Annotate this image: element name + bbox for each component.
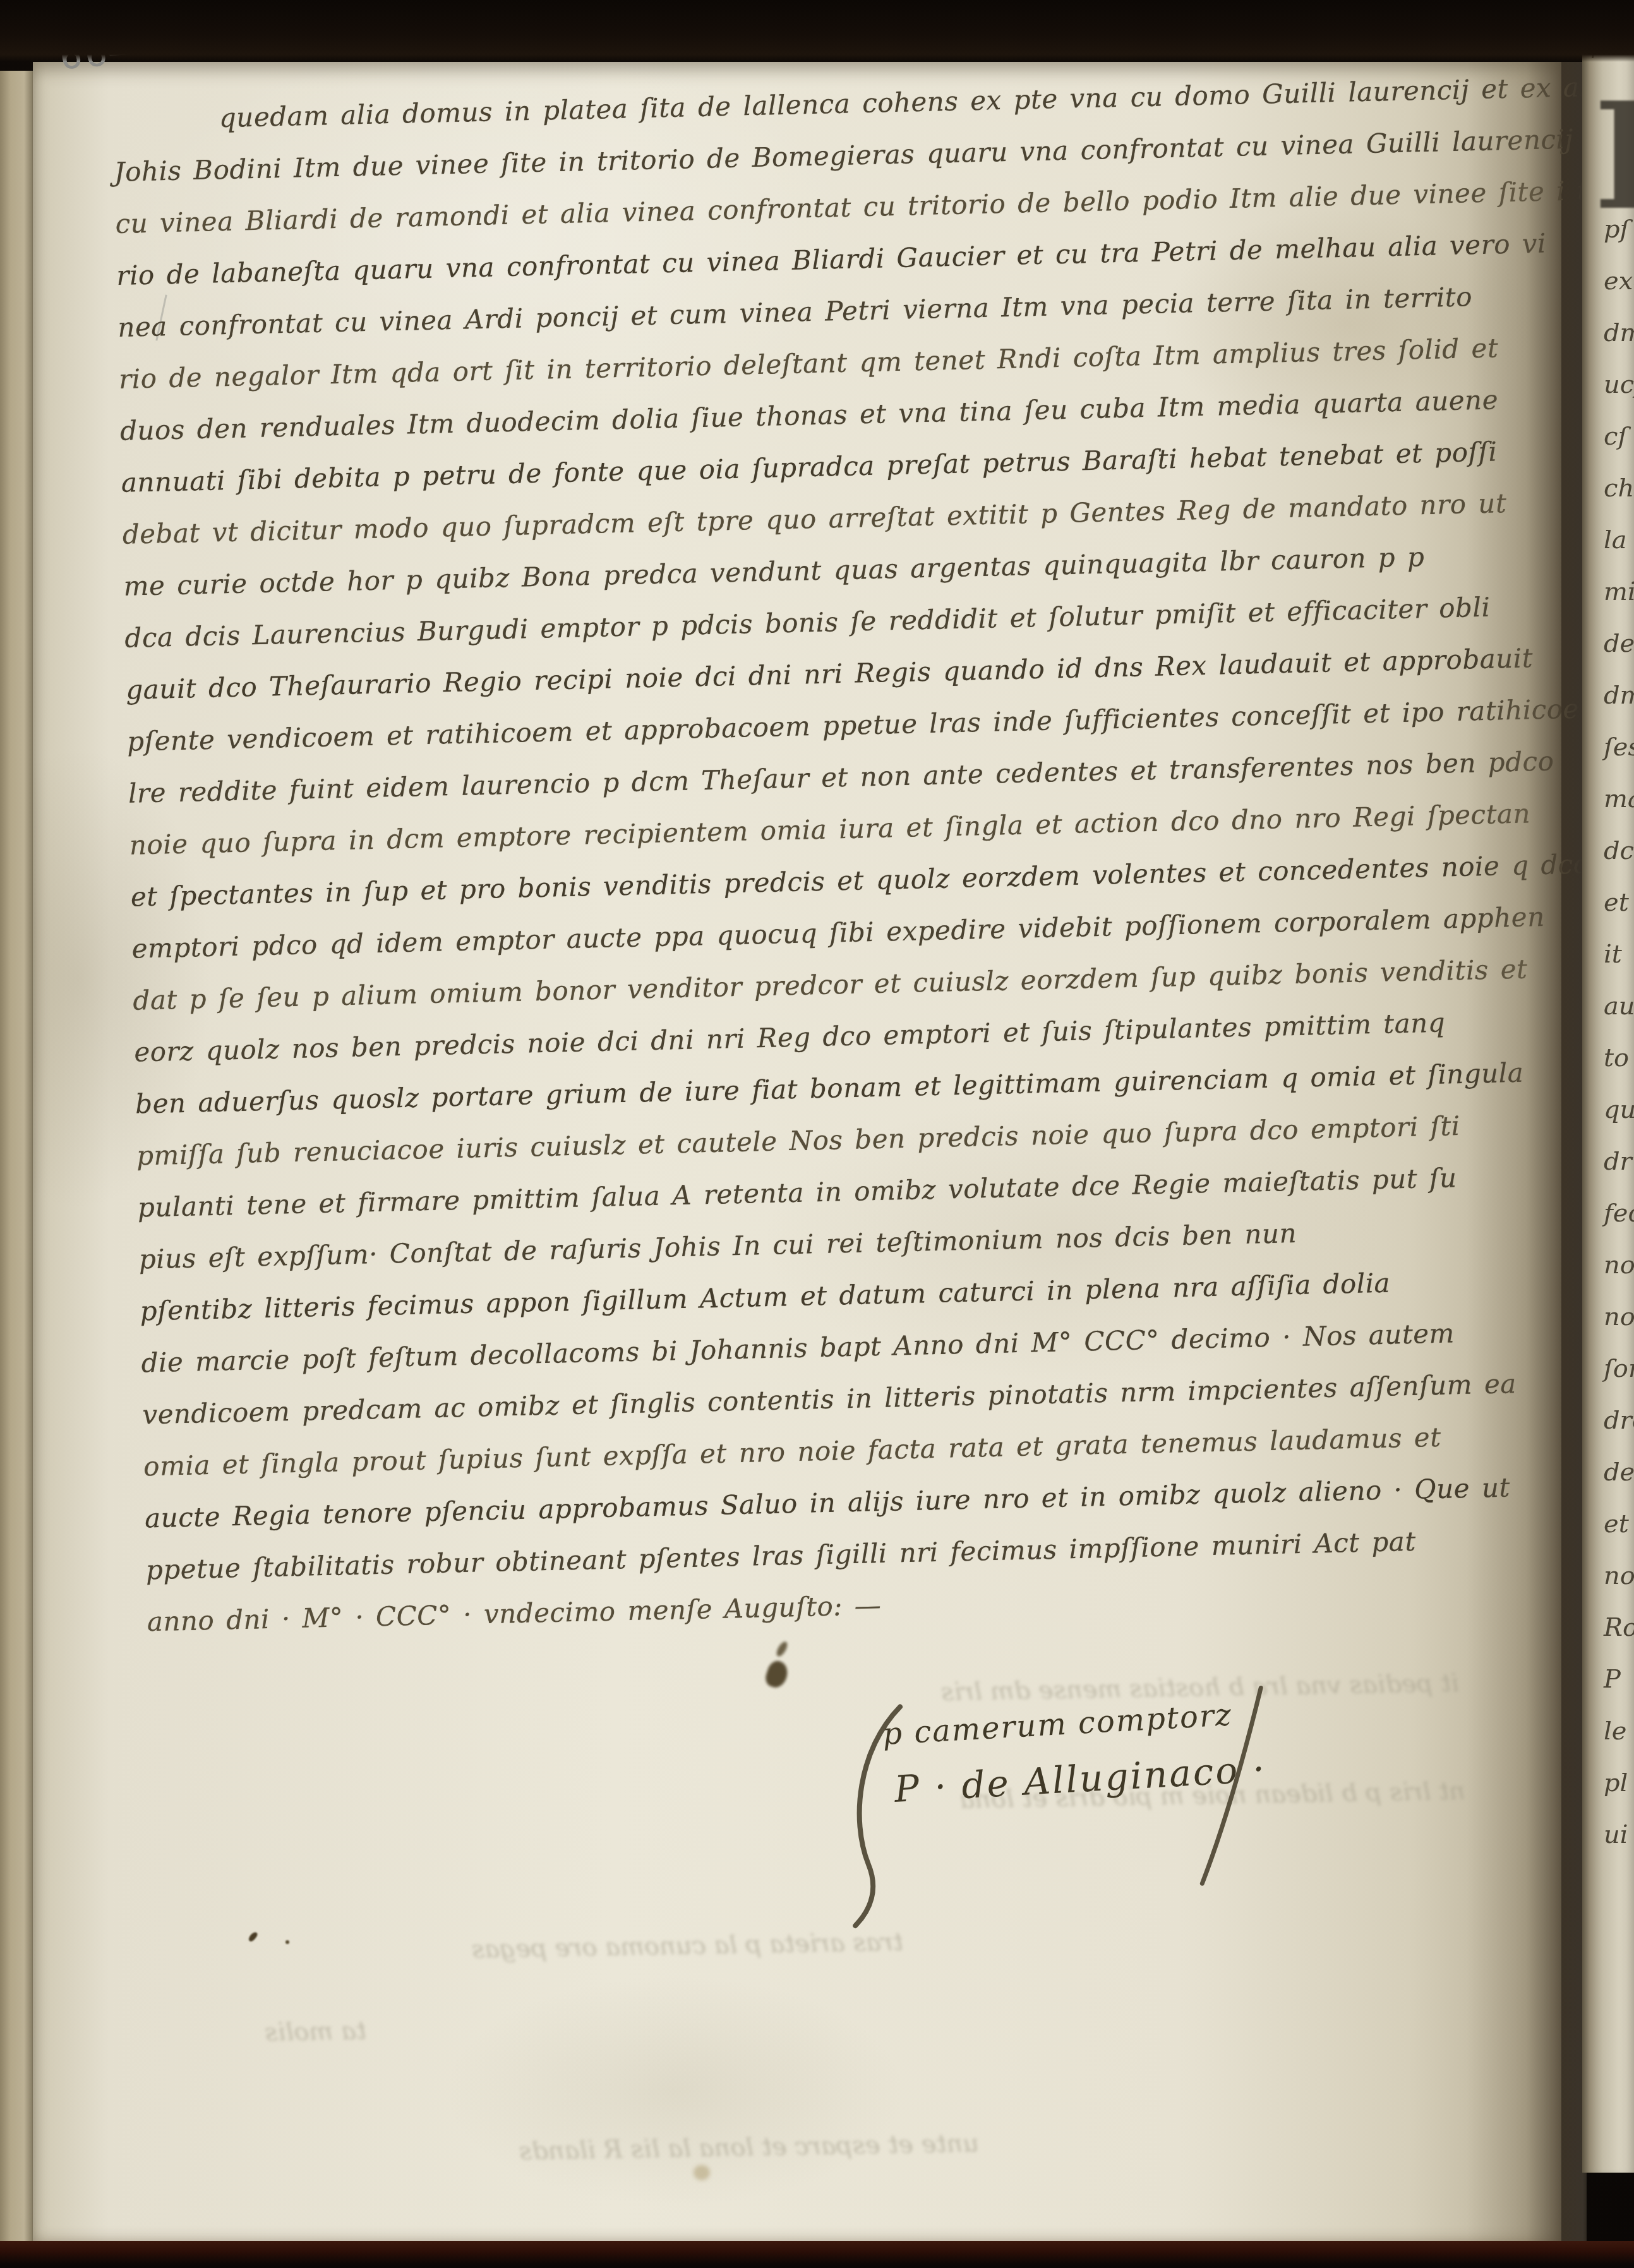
show-through-line: ta molis bbox=[95, 2016, 367, 2049]
edge-fragment: de bbox=[1604, 1446, 1634, 1498]
edge-fragment: de bbox=[1604, 618, 1634, 669]
stain bbox=[694, 2165, 710, 2180]
edge-fragment: ucſ bbox=[1604, 359, 1634, 411]
top-shadow bbox=[0, 0, 1634, 62]
gutter-shadow bbox=[1467, 62, 1587, 2242]
text-block: quedam alia domus in platea ſita de lall… bbox=[112, 63, 1530, 1648]
facing-page-sliver: p xv P pſexodmucſcſchlamidedmſesmadcaeti… bbox=[1582, 38, 1634, 2173]
edge-fragment: dm bbox=[1604, 669, 1634, 721]
edge-fragment: it bbox=[1604, 928, 1634, 980]
edge-fragment: au bbox=[1604, 980, 1634, 1032]
edge-fragment: pſ bbox=[1604, 203, 1634, 255]
edge-fragment: mi bbox=[1604, 566, 1634, 618]
edge-fragment: cſ bbox=[1604, 411, 1634, 462]
edge-fragment: la bbox=[1604, 514, 1634, 566]
edge-fragment: fec bbox=[1604, 1187, 1634, 1239]
signature-flourish bbox=[812, 1681, 1304, 1935]
edge-fragment: ma bbox=[1604, 773, 1634, 825]
edge-fragment: ſor bbox=[1604, 1343, 1634, 1395]
signature-block: p camerum comptorz P · de Alluginaco · bbox=[853, 1695, 1280, 1914]
edge-fragment: exo bbox=[1604, 255, 1634, 307]
edge-fragment: P bbox=[1604, 1653, 1634, 1705]
edge-fragment: ch bbox=[1604, 462, 1634, 514]
edge-fragment: ſes bbox=[1604, 721, 1634, 773]
stacked-page-edges bbox=[0, 71, 35, 2246]
edge-fragment: Ro bbox=[1604, 1602, 1634, 1653]
edge-fragment: dca bbox=[1604, 825, 1634, 877]
facing-edge-text: pſexodmucſcſchlamidedmſesmadcaetitautoqu… bbox=[1604, 203, 1634, 1861]
edge-fragment: et bbox=[1604, 877, 1634, 928]
edge-fragment: dr bbox=[1604, 1136, 1634, 1187]
edge-fragment: noz bbox=[1604, 1239, 1634, 1291]
bottom-binding-band bbox=[0, 2241, 1634, 2268]
edge-fragment: dm bbox=[1604, 307, 1634, 359]
edge-fragment: dro bbox=[1604, 1395, 1634, 1446]
edge-fragment: no bbox=[1604, 1550, 1634, 1602]
edge-fragment: le bbox=[1604, 1705, 1634, 1757]
edge-fragment: no bbox=[1604, 1291, 1634, 1343]
edge-fragment: pl bbox=[1604, 1757, 1634, 1809]
edge-fragment: to bbox=[1604, 1032, 1634, 1084]
edge-fragment: et bbox=[1604, 1498, 1634, 1550]
edge-fragment: ui bbox=[1604, 1809, 1634, 1861]
edge-fragment: qu bbox=[1604, 1084, 1634, 1136]
